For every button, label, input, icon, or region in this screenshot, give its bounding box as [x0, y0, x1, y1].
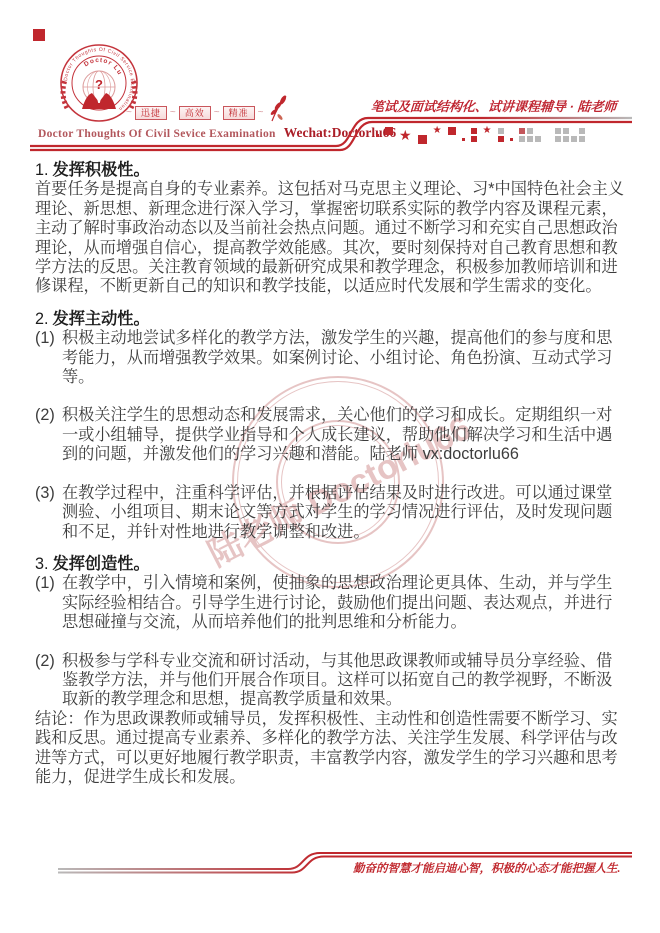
deco-dot-icon	[376, 134, 379, 137]
svg-text:Doctor Lu: Doctor Lu	[83, 57, 123, 77]
section-1-heading: 1.发挥积极性。	[35, 161, 627, 180]
deco-star-icon: ★	[483, 126, 492, 136]
document-content: 1.发挥积极性。 首要任务是提高自身的专业素养。这包括对马克思主义理论、习*中国…	[35, 161, 627, 787]
section-number: 1.	[35, 161, 49, 179]
deco-square-stack	[471, 128, 477, 142]
section-title: 发挥创造性。	[53, 555, 150, 573]
section-number: 2.	[35, 310, 49, 328]
section-title: 发挥主动性。	[53, 310, 150, 328]
deco-dot-icon	[510, 138, 513, 141]
section-number: 3.	[35, 555, 49, 573]
deco-square-stack	[498, 128, 504, 142]
deco-gray-grid	[519, 128, 549, 142]
conclusion-paragraph: 结论：作为思政课教师或辅导员，发挥积极性、主动性和创造性需要不断学习、实践和反思…	[35, 710, 627, 788]
deco-pattern: ★ ★ ★	[376, 126, 632, 144]
deco-star-icon: ★	[399, 130, 412, 140]
section-1: 1.发挥积极性。 首要任务是提高自身的专业素养。这包括对马克思主义理论、习*中国…	[35, 161, 627, 297]
item-marker: (3)	[35, 484, 62, 542]
list-item: (2) 积极关注学生的思想动态和发展需求，关心他们的学习和成长。定期组织一对一或…	[35, 406, 627, 464]
list-item: (3) 在教学过程中，注重科学评估，并根据评估结果及时进行改进。可以通过课堂测验…	[35, 484, 627, 542]
deco-dot-icon	[462, 138, 465, 141]
item-text: 积极关注学生的思想动态和发展需求，关心他们的学习和成长。定期组织一对一或小组辅导…	[62, 406, 627, 464]
deco-square-icon	[385, 127, 393, 135]
item-marker: (1)	[35, 329, 62, 387]
document-page: Doctor Thoughts Of Civil Service Examina…	[0, 0, 660, 933]
logo-inner-text: Doctor Lu	[83, 57, 123, 77]
item-marker: (2)	[35, 406, 62, 464]
footer-motto: 勤奋的智慧才能启迪心智，积极的心态才能把握人生.	[353, 860, 620, 876]
section-2-heading: 2.发挥主动性。	[35, 310, 627, 329]
list-item: (1) 积极主动地尝试多样化的教学方法，激发学生的兴趣，提高他们的参与度和思考能…	[35, 329, 627, 387]
course-banner: 笔试及面试结构化、试讲课程辅导 · 陆老师	[370, 96, 633, 115]
section-3-heading: 3.发挥创造性。	[35, 555, 627, 574]
item-text: 在教学中，引入情境和案例，使抽象的思想政治理论更具体、生动，并与学生实际经验相结…	[62, 574, 627, 632]
deco-square-icon	[418, 135, 427, 144]
section-1-paragraph: 首要任务是提高自身的专业素养。这包括对马克思主义理论、习*中国特色社会主义理论、…	[35, 180, 627, 296]
list-item: (2) 积极参与学科专业交流和研讨活动，与其他思政课教师或辅导员分享经验、借鉴教…	[35, 652, 627, 710]
section-2: 2.发挥主动性。 (1) 积极主动地尝试多样化的教学方法，激发学生的兴趣，提高他…	[35, 310, 627, 542]
item-text: 积极主动地尝试多样化的教学方法，激发学生的兴趣，提高他们的参与度和思考能力，从而…	[62, 329, 627, 387]
section-3: 3.发挥创造性。 (1) 在教学中，引入情境和案例，使抽象的思想政治理论更具体、…	[35, 555, 627, 710]
deco-star-icon: ★	[433, 126, 442, 136]
item-text: 在教学过程中，注重科学评估，并根据评估结果及时进行改进。可以通过课堂测验、小组项…	[62, 484, 627, 542]
deco-gray-grid	[555, 128, 585, 142]
item-marker: (2)	[35, 652, 62, 710]
deco-square-icon	[448, 127, 456, 135]
page-footer: 勤奋的智慧才能启迪心智，积极的心态才能把握人生.	[0, 843, 660, 903]
item-marker: (1)	[35, 574, 62, 632]
item-text: 积极参与学科专业交流和研讨活动，与其他思政课教师或辅导员分享经验、借鉴教学方法，…	[62, 652, 627, 710]
corner-square-decor	[33, 29, 45, 41]
section-title: 发挥积极性。	[53, 161, 150, 179]
list-item: (1) 在教学中，引入情境和案例，使抽象的思想政治理论更具体、生动，并与学生实际…	[35, 574, 627, 632]
